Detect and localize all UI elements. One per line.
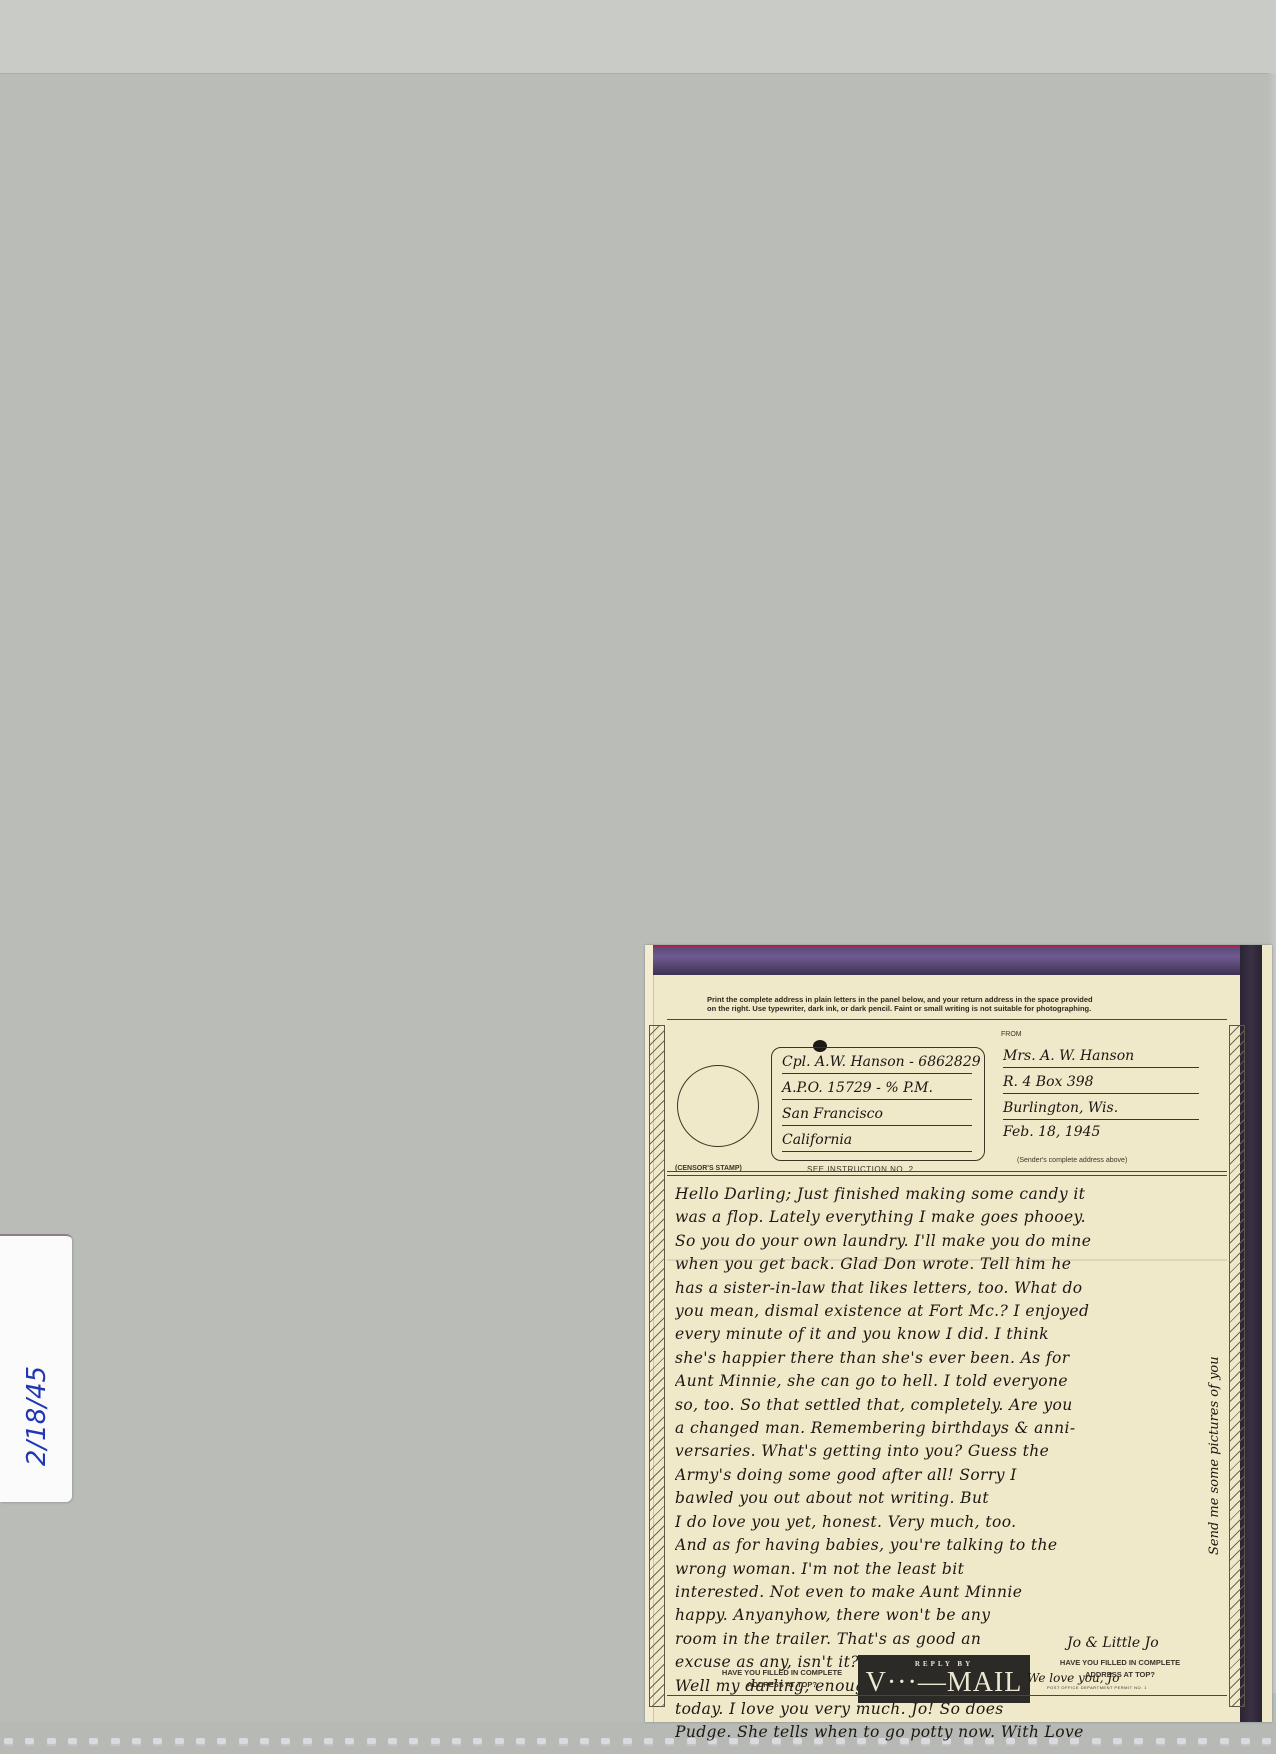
perforation-hole <box>431 1738 440 1746</box>
margin-note: Send me some pictures of you <box>1207 1255 1222 1555</box>
letter-line: Pudge. She tells when to go potty now. W… <box>675 1721 1215 1744</box>
perforation-hole <box>601 1738 610 1746</box>
perforation-hole <box>388 1738 397 1746</box>
letter-line: was a flop. Lately everything I make goe… <box>675 1206 1215 1229</box>
letter-line: So you do your own laundry. I'll make yo… <box>675 1230 1215 1253</box>
footer-q-line: HAVE YOU FILLED IN COMPLETE <box>707 1667 857 1679</box>
permit-text: POST OFFICE DEPARTMENT PERMIT NO. 1 <box>1047 1685 1147 1690</box>
letter-line: wrong woman. I'm not the least bit <box>675 1558 1215 1581</box>
perforation-hole <box>324 1738 333 1746</box>
letter-line: interested. Not even to make Aunt Minnie <box>675 1581 1215 1604</box>
perforation-hole <box>153 1738 162 1746</box>
perforation-hole <box>132 1738 141 1746</box>
perforation-hole <box>644 1738 653 1746</box>
perforation-hole <box>68 1738 77 1746</box>
letter-line: has a sister-in-law that likes letters, … <box>675 1277 1215 1300</box>
divider <box>667 1171 1227 1172</box>
letter-line: Aunt Minnie, she can go to hell. I told … <box>675 1370 1215 1393</box>
ribbon-top <box>653 945 1258 975</box>
signoff: Jo & Little Jo <box>1067 1635 1159 1651</box>
letter-line: she's happier there than she's ever been… <box>675 1347 1215 1370</box>
perforation-hole <box>1241 1738 1250 1746</box>
perforation-hole <box>473 1738 482 1746</box>
perforation-hole <box>196 1738 205 1746</box>
letter-line: a changed man. Remembering birthdays & a… <box>675 1417 1215 1440</box>
perforation-hole <box>47 1738 56 1746</box>
perforation-hole <box>217 1738 226 1746</box>
hatch-border-left <box>649 1025 665 1707</box>
perforation-hole <box>303 1738 312 1746</box>
instructions-line-2: on the right. Use typewriter, dark ink, … <box>707 1004 1187 1013</box>
form-instructions: Print the complete address in plain lett… <box>707 995 1187 1013</box>
from-label: FROM <box>1001 1031 1022 1038</box>
letter-line: versaries. What's getting into you? Gues… <box>675 1440 1215 1463</box>
perforation-hole <box>1262 1738 1271 1746</box>
letter-line: Army's doing some good after all! Sorry … <box>675 1464 1215 1487</box>
letter-line: bawled you out about not writing. But <box>675 1487 1215 1510</box>
date-tab-label: 2/18/45 <box>22 1361 52 1471</box>
perforation-hole <box>260 1738 269 1746</box>
letter-line: so, too. So that settled that, completel… <box>675 1394 1215 1417</box>
to-address-line: San Francisco <box>782 1102 972 1126</box>
letter-line: happy. Anyanyhow, there won't be any <box>675 1604 1215 1627</box>
from-address-line: R. 4 Box 398 <box>1003 1071 1199 1094</box>
from-address-line: Burlington, Wis. <box>1003 1097 1199 1120</box>
sleeve-top-band <box>0 0 1276 74</box>
perforation-hole <box>175 1738 184 1746</box>
letter-line: I do love you yet, honest. Very much, to… <box>675 1511 1215 1534</box>
instructions-line-1: Print the complete address in plain lett… <box>707 995 1187 1004</box>
footer-q-line: HAVE YOU FILLED IN COMPLETE <box>1045 1657 1195 1669</box>
letter-line: And as for having babies, you're talking… <box>675 1534 1215 1557</box>
perforation-hole <box>281 1738 290 1746</box>
perforation-hole <box>580 1738 589 1746</box>
perforation-hole <box>559 1738 568 1746</box>
perforation-hole <box>409 1738 418 1746</box>
divider <box>667 1695 1227 1696</box>
letter-line: every minute of it and you know I did. I… <box>675 1323 1215 1346</box>
hatch-border-right <box>1229 1025 1245 1707</box>
perforation-hole <box>111 1738 120 1746</box>
perforation-hole <box>25 1738 34 1746</box>
see-instruction: SEE INSTRUCTION NO. 2 <box>807 1165 914 1174</box>
footer-question-left: HAVE YOU FILLED IN COMPLETE ADDRESS AT T… <box>707 1667 857 1691</box>
letter-line: you mean, dismal existence at Fort Mc.? … <box>675 1300 1215 1323</box>
perforation-hole <box>623 1738 632 1746</box>
to-address-line: California <box>782 1128 972 1152</box>
perforation-hole <box>665 1738 674 1746</box>
perforation-hole <box>345 1738 354 1746</box>
letter-line: when you get back. Glad Don wrote. Tell … <box>675 1253 1215 1276</box>
sender-note: (Sender's complete address above) <box>1017 1157 1127 1164</box>
vmail-letter: Print the complete address in plain lett… <box>645 945 1272 1722</box>
perforation-hole <box>89 1738 98 1746</box>
date-index-tab[interactable]: 2/18/45 <box>0 1234 72 1502</box>
letter-line: Hello Darling; Just finished making some… <box>675 1183 1215 1206</box>
perforation-hole <box>1220 1738 1229 1746</box>
divider <box>667 1019 1227 1020</box>
divider <box>667 1175 1227 1176</box>
perforation-hole <box>537 1738 546 1746</box>
perforation-hole <box>495 1738 504 1746</box>
perforation-hole <box>452 1738 461 1746</box>
letter-date: Feb. 18, 1945 <box>1003 1121 1199 1143</box>
censor-stamp-circle <box>677 1065 759 1147</box>
footer-q-line: ADDRESS AT TOP? <box>707 1679 857 1691</box>
postscript: We love you, Jo <box>1027 1671 1119 1685</box>
to-address-line: A.P.O. 15729 - % P.M. <box>782 1076 972 1100</box>
from-address-line: Mrs. A. W. Hanson <box>1003 1045 1199 1068</box>
vmail-form: Print the complete address in plain lett… <box>667 995 1227 1707</box>
perforation-hole <box>239 1738 248 1746</box>
to-address-box: Cpl. A.W. Hanson - 6862829 A.P.O. 15729 … <box>771 1047 985 1161</box>
to-address-line: Cpl. A.W. Hanson - 6862829 <box>782 1050 972 1074</box>
perforation-hole <box>516 1738 525 1746</box>
perforation-hole <box>4 1738 13 1746</box>
badge-vmail-text: V···—MAIL <box>858 1668 1030 1698</box>
perforation-hole <box>367 1738 376 1746</box>
